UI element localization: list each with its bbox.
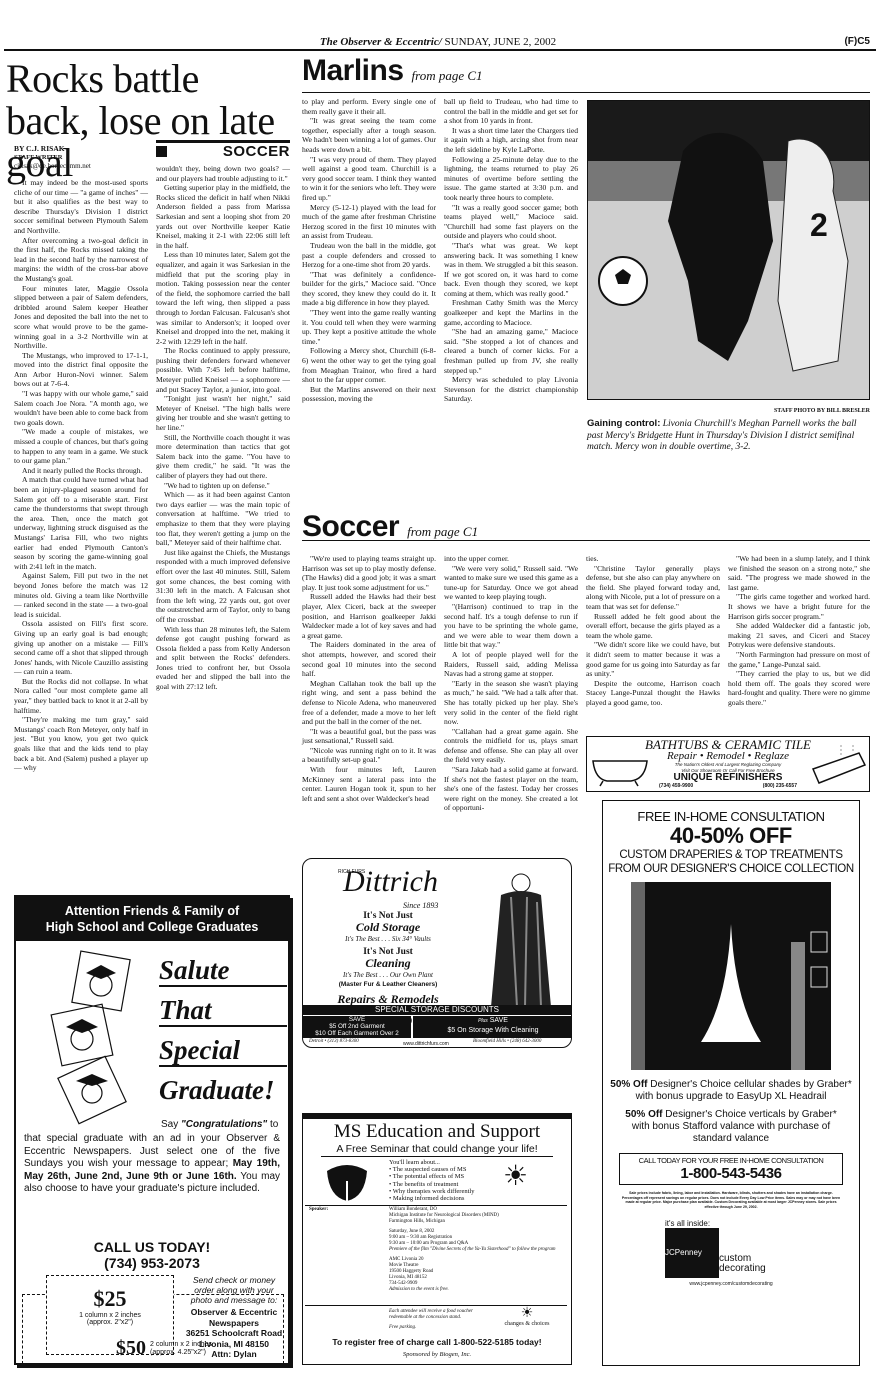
copy-line: It's The Best . . . Our Own Plant — [303, 970, 473, 980]
learn-heading: You'll learn about... — [389, 1159, 474, 1166]
discount-line: $10 Off Each Garment Over 2 — [303, 1030, 411, 1037]
learn-list: You'll learn about... • The suspected ca… — [389, 1159, 474, 1202]
paragraph: Ossola assisted on Fill's first score. G… — [14, 619, 148, 677]
deal-text: Designer's Choice cellular shades by Gra… — [636, 1079, 852, 1102]
seminar-details: William Bonderant, DO Michigan Institute… — [389, 1207, 565, 1293]
jcp-logo: JCPenney custom decorating — [665, 1228, 859, 1278]
changes-choices-logo: ☀ changes & choices — [489, 1307, 565, 1327]
soccer-title: Soccer — [302, 510, 399, 543]
say-word: Say — [161, 1119, 178, 1130]
paragraph: "It was great seeing the team come toget… — [302, 116, 436, 154]
paragraph: With less than 28 minutes left, the Sale… — [156, 625, 290, 692]
learn-item-text: The potential effects of MS — [393, 1173, 464, 1180]
graduates-ad-body: that special graduate with an ad in your… — [24, 1133, 280, 1196]
paragraph: wouldn't they, being down two goals? — a… — [156, 164, 290, 183]
soccer-column-1: "We're used to playing teams straight up… — [302, 554, 436, 803]
learn-item: • The benefits of treatment — [389, 1181, 474, 1188]
size-50-line: 2 column x 2 inches — [150, 1341, 212, 1348]
section-tag: SOCCER — [156, 140, 290, 157]
learn-item: • Why therapies work differently — [389, 1188, 474, 1195]
headline-rule — [302, 540, 870, 541]
jcp-offer: 40-50% OFF — [603, 824, 859, 848]
phone-number[interactable]: (734) 953-2073 — [16, 1255, 288, 1271]
plus-label: Plus — [478, 1018, 488, 1024]
address-line: Newspapers — [184, 1318, 284, 1329]
paragraph: to play and perform. Every single one of… — [302, 97, 436, 116]
since: Since 1893 — [403, 901, 438, 910]
paragraph: "They're making me turn gray," said Must… — [14, 715, 148, 773]
paragraph: Mercy (5-12-1) played with the lead for … — [302, 203, 436, 241]
soccer-photo: 2 — [587, 100, 870, 400]
paragraph: Freshman Cathy Smith was the Mercy goalk… — [444, 298, 578, 327]
paragraph: A lot of people played well for the Raid… — [444, 650, 578, 679]
byline-email[interactable]: cjrisak@oe.homecomm.net — [14, 162, 91, 171]
location-detroit: Detroit • (313) 873-8300 — [309, 1039, 359, 1044]
paragraph: "Callahan had a great game again. She co… — [444, 727, 578, 765]
jump-line: from page C1 — [412, 68, 483, 83]
graduates-ad[interactable]: Attention Friends & Family of High Schoo… — [14, 895, 290, 1365]
call-box: CALL TODAY FOR YOUR FREE IN-HOME CONSULT… — [619, 1153, 843, 1185]
sun-icon: ☀ — [503, 1161, 528, 1191]
discount-left: SAVE $5 Off 2nd Garment $10 Off Each Gar… — [303, 1016, 411, 1038]
note-line: Free parking. — [389, 1325, 489, 1331]
drapery-window-image — [631, 882, 831, 1070]
logo-text: changes & choices — [489, 1321, 565, 1327]
jcp-line1: FREE IN-HOME CONSULTATION — [603, 809, 859, 824]
register-line[interactable]: To register free of charge call 1-800-52… — [303, 1337, 571, 1347]
paragraph: Less than 10 minutes later, Salem got th… — [156, 250, 290, 346]
byline: BY C.J. RISAK STAFF WRITER cjrisak@oe.ho… — [14, 145, 91, 171]
jump-line: from page C1 — [407, 524, 478, 539]
paragraph: "North Farmington had pressure on most o… — [728, 650, 870, 669]
paragraph: into the upper corner. — [444, 554, 578, 564]
paper-name: The Observer & Eccentric/ — [320, 36, 442, 48]
soccer-players-image: 2 — [588, 101, 870, 400]
speaker-label: Speaker: — [309, 1207, 328, 1212]
paragraph: A match that could have turned what had … — [14, 475, 148, 571]
paragraph: But the Rocks did not collapse. In what … — [14, 677, 148, 715]
paragraph: "I was very proud of them. They played w… — [302, 155, 436, 203]
paragraph: Getting superior play in the midfield, t… — [156, 183, 290, 250]
ms-title: MS Education and Support — [303, 1121, 571, 1143]
marlins-title: Marlins — [302, 54, 404, 87]
caption-lead: Gaining control: — [587, 418, 660, 429]
ms-subtitle: A Free Seminar that could change your li… — [321, 1143, 553, 1157]
deal-bold: 50% Off — [625, 1109, 662, 1120]
svg-text:2: 2 — [810, 207, 828, 243]
notes: Each attendee will receive a food vouche… — [389, 1309, 489, 1331]
paragraph: "We were very solid," Russell said. "We … — [444, 564, 578, 602]
section-square-icon — [156, 146, 167, 157]
learn-item: • The potential effects of MS — [389, 1173, 474, 1180]
header-line: Attention Friends & Family of — [20, 903, 284, 919]
jcp-custom: custom decorating — [719, 1254, 766, 1274]
rocks-column-1: It may indeed be the most-used sports cl… — [14, 178, 148, 773]
paragraph: Russell added the Hawks had their best p… — [302, 592, 436, 640]
discount-line: $5 On Storage With Cleaning — [413, 1026, 572, 1035]
marlins-headline: Marlinsfrom page C1 — [302, 54, 483, 88]
save-label: SAVE — [490, 1017, 508, 1024]
paragraph: With four minutes left, Lauren McKinney … — [302, 765, 436, 803]
headline-word: Graduate! — [159, 1075, 287, 1105]
header-line: High School and College Graduates — [20, 919, 284, 935]
deal-bold: 50% Off — [610, 1079, 647, 1090]
masthead: The Observer & Eccentric/ SUNDAY, JUNE 2… — [0, 0, 876, 48]
byline-role: STAFF WRITER — [14, 154, 91, 163]
paragraph: "Sara Jakab had a solid game at forward.… — [444, 765, 578, 813]
paragraph: And it nearly pulled the Rocks through. — [14, 466, 148, 476]
masthead-rule — [4, 49, 876, 51]
paragraph: "They went into the game really wanting … — [302, 308, 436, 346]
size-25: 1 column x 2 inches — [47, 1312, 173, 1319]
paragraph: Against Salem, Fill put two in the net b… — [14, 571, 148, 619]
paragraph: Despite the outcome, Harrison coach Stac… — [586, 679, 720, 708]
detail-line: Premiere of the film "Divine Secrets of … — [389, 1247, 565, 1253]
copy-line: It's The Best . . . Six 34° Vaults — [303, 934, 473, 944]
size-50: 2 column x 2 inches (approx. 4.25"x2") — [150, 1341, 212, 1357]
paragraph: The Rocks continued to apply pressure, p… — [156, 346, 290, 394]
jcp-phone[interactable]: 1-800-543-5436 — [622, 1165, 840, 1182]
paragraph: Mercy was scheduled to play Livonia Stev… — [444, 375, 578, 404]
paragraph: It may indeed be the most-used sports cl… — [14, 178, 148, 236]
jcpenney-ad[interactable]: FREE IN-HOME CONSULTATION 40-50% OFF CUS… — [602, 800, 860, 1366]
discount-right: Plus SAVE $5 On Storage With Cleaning — [413, 1016, 572, 1038]
issue-date: SUNDAY, JUNE 2, 2002 — [445, 36, 557, 48]
paragraph: Just like against the Chiefs, the Mustan… — [156, 548, 290, 625]
graduates-illustration-icon — [36, 947, 146, 1127]
save-label: SAVE — [303, 1016, 411, 1023]
paragraph: "Christine Taylor generally plays defens… — [586, 564, 720, 612]
paragraph: "They carried the play to us, but we did… — [728, 669, 870, 707]
paragraph: She added Waldecker did a fantastic job,… — [728, 621, 870, 650]
paragraph: The Mustangs, who improved to 17-1-1, mo… — [14, 351, 148, 389]
headline-word: Salute — [159, 955, 287, 987]
call-label: CALL US TODAY! — [16, 1239, 288, 1255]
paragraph: Which — as it had been against Canton tw… — [156, 490, 290, 548]
learn-item-text: The suspected causes of MS — [393, 1166, 467, 1173]
marlins-column-2: ball up field to Trudeau, who had time t… — [444, 97, 578, 404]
paragraph: "It was a beautiful goal, but the pass w… — [302, 727, 436, 746]
copy-line: (Master Fur & Leather Cleaners) — [303, 980, 473, 990]
address-line: Observer & Eccentric — [184, 1307, 284, 1318]
paragraph: "We had to tighten up on defense." — [156, 481, 290, 491]
fur-coat-model-icon — [481, 867, 561, 1012]
location-bloomfield: Bloomfield Hills • (248) 642-3000 — [473, 1039, 541, 1044]
paragraph: "We didn't score like we could have, but… — [586, 640, 720, 678]
bathtubs-ad[interactable]: BATHTUBS & CERAMIC TILE Repair • Remodel… — [586, 736, 870, 792]
detail-line: Admission to the event is free. — [389, 1287, 565, 1293]
paragraph: "It was a really good soccer game; both … — [444, 203, 578, 241]
photo-credit: STAFF PHOTO BY BILL BRESLER — [587, 408, 870, 414]
copy-line: Cleaning — [303, 957, 473, 970]
byline-author: BY C.J. RISAK — [14, 145, 91, 154]
rocks-column-2: wouldn't they, being down two goals? — a… — [156, 164, 290, 692]
paragraph: "Tonight just wasn't her night," said Me… — [156, 394, 290, 432]
paragraph: ball up field to Trudeau, who had time t… — [444, 97, 578, 126]
learn-item-text: Making informed decisions — [393, 1195, 465, 1202]
call-label: CALL TODAY FOR YOUR FREE IN-HOME CONSULT… — [622, 1156, 840, 1165]
section-tag-label: SOCCER — [223, 143, 290, 160]
sponsor-line: Sponsored by Biogen, Inc. — [303, 1351, 571, 1358]
paragraph: Russell added he felt good about the ove… — [586, 612, 720, 641]
paragraph: Still, the Northville coach thought it w… — [156, 433, 290, 481]
learn-item: • Making informed decisions — [389, 1195, 474, 1202]
jcp-line2: CUSTOM DRAPERIES & TOP TREATMENTS — [603, 848, 859, 862]
dittrich-web[interactable]: www.dittrichfurs.com — [403, 1041, 449, 1047]
headline-word: That — [159, 995, 287, 1027]
marlins-column-1: to play and perform. Every single one of… — [302, 97, 436, 404]
paragraph: "Nicole was running right on to it. It w… — [302, 746, 436, 765]
headline-word: Special — [159, 1035, 287, 1067]
graduates-ad-header: Attention Friends & Family of High Schoo… — [16, 897, 288, 941]
paragraph: After overcoming a two-goal deficit in t… — [14, 236, 148, 284]
paragraph: It was a short time later the Chargers t… — [444, 126, 578, 155]
paragraph: "We had been in a slump lately, and I th… — [728, 554, 870, 592]
photo-caption: Gaining control: Livonia Churchill's Meg… — [587, 418, 870, 454]
soccer-column-2: into the upper corner. "We were very sol… — [444, 554, 578, 813]
soccer-column-4: "We had been in a slump lately, and I th… — [728, 554, 870, 708]
learn-item-text: The benefits of treatment — [393, 1181, 459, 1188]
headline-rule — [302, 92, 870, 93]
paragraph: "(Harrison) continued to trap in the sec… — [444, 602, 578, 650]
jcp-url[interactable]: www.jcpenney.com/customdecorating — [603, 1281, 859, 1287]
page-number: (F)C5 — [844, 36, 870, 47]
congrats-word: "Congratulations" — [181, 1119, 267, 1130]
paragraph: "That's what was great. We kept answerin… — [444, 241, 578, 299]
ms-seminar-ad[interactable]: MS Education and Support A Free Seminar … — [302, 1113, 572, 1365]
size-50-approx: (approx. 4.25"x2") — [150, 1349, 206, 1356]
call-block: CALL US TODAY! (734) 953-2073 — [16, 1239, 288, 1271]
say-line: Say "Congratulations" to — [161, 1119, 278, 1130]
sun-small-icon: ☀ — [489, 1307, 565, 1321]
paragraph: "That was definitely a confidence-builde… — [302, 270, 436, 308]
jcp-line3: FROM OUR DESIGNER'S CHOICE COLLECTION — [603, 862, 859, 876]
copy-line: Cold Storage — [303, 921, 473, 934]
tile-tub-icon — [809, 745, 867, 787]
paragraph: The Raiders dominated in the area of sho… — [302, 640, 436, 678]
paragraph: "The girls came together and worked hard… — [728, 592, 870, 621]
paragraph: ties. — [586, 554, 720, 564]
dittrich-ad[interactable]: RICH FURS Dittrich Since 1893 It's Not J… — [302, 858, 572, 1048]
jcp-fine-print: Sale prices include fabric, lining, labo… — [621, 1191, 841, 1209]
paragraph: Four minutes later, Maggie Ossola slippe… — [14, 284, 148, 351]
discount-line: $5 Off 2nd Garment — [303, 1023, 411, 1030]
paragraph: Following a Mercy shot, Churchill (6-8-6… — [302, 346, 436, 384]
learn-item: • The suspected causes of MS — [389, 1166, 474, 1173]
phone[interactable]: (800) 235-6557 — [763, 783, 797, 789]
deal-2: 50% Off Designer's Choice verticals by G… — [603, 1109, 859, 1145]
discount-bar: SPECIAL STORAGE DISCOUNTS — [303, 1005, 571, 1015]
price-25: $25 — [47, 1286, 173, 1312]
deal-1: 50% Off Designer's Choice cellular shade… — [603, 1079, 859, 1103]
paragraph: Trudeau won the ball in the middle, got … — [302, 241, 436, 270]
bathtub-icon — [591, 751, 651, 787]
paragraph: "We made a couple of mistakes, we missed… — [14, 427, 148, 465]
paragraph: "She had an amazing game," Macioce said.… — [444, 327, 578, 375]
size-25-approx: (approx. 2"x2") — [47, 1319, 173, 1326]
coupon-50-label: $50 2 column x 2 inches (approx. 4.25"x2… — [116, 1337, 212, 1360]
paragraph: "We're used to playing teams straight up… — [302, 554, 436, 592]
location-line: Detroit • (313) 873-8300 — [309, 1039, 359, 1044]
copy-line: Repairs & Remodels — [303, 992, 473, 1006]
note-line: Each attendee will receive a food vouche… — [389, 1309, 489, 1321]
deal-text: Designer's Choice verticals by Graber* w… — [632, 1109, 837, 1144]
learn-item-text: Why therapies work differently — [393, 1188, 475, 1195]
paragraph: But the Marlins answered on their next p… — [302, 385, 436, 404]
send-instructions: Send check or money order along with you… — [184, 1275, 284, 1305]
to-word: to — [270, 1119, 278, 1130]
detail-line: Farmington Hills, Michigan — [389, 1219, 565, 1225]
dittrich-logo: Dittrich — [343, 865, 438, 899]
soccer-column-3: ties. "Christine Taylor generally plays … — [586, 554, 720, 708]
jcp-tagline: it's all inside: — [665, 1219, 859, 1228]
paragraph: Following a 25-minute delay due to the l… — [444, 155, 578, 203]
divider — [305, 1205, 567, 1206]
soccer-headline: Soccerfrom page C1 — [302, 510, 478, 544]
jcp-custom-line: decorating — [719, 1264, 766, 1274]
masthead-title: The Observer & Eccentric/ SUNDAY, JUNE 2… — [0, 36, 876, 48]
price-50: $50 — [116, 1337, 146, 1360]
phone[interactable]: (734) 459-9900 — [659, 783, 693, 789]
jcp-logo-box: JCPenney — [665, 1228, 719, 1278]
paragraph: Meghan Callahan took the ball up the rig… — [302, 679, 436, 727]
paragraph: "I was happy with our whole game," said … — [14, 389, 148, 427]
paragraph: "Early in the season she wasn't playing … — [444, 679, 578, 727]
ms-logo-icon — [325, 1161, 369, 1203]
